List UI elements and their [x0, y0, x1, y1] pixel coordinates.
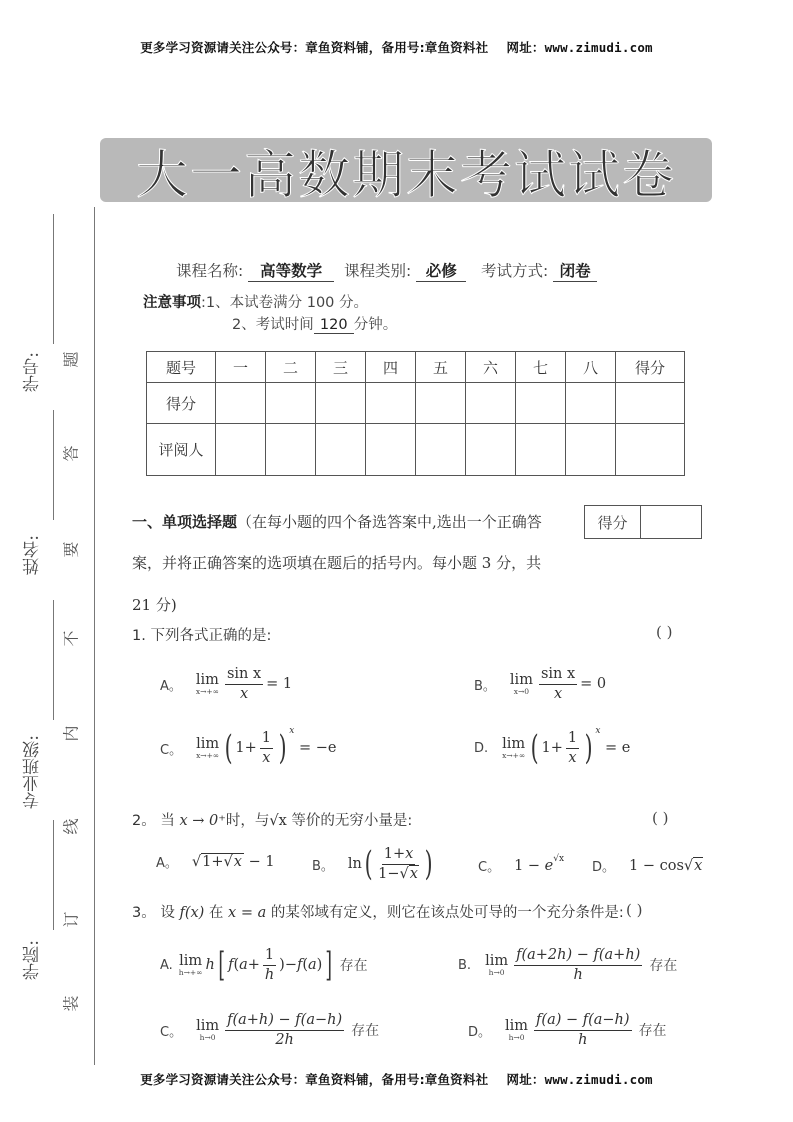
exam-title: 大一高数期末考试试卷: [136, 133, 676, 208]
field-line-name: [53, 410, 54, 520]
section-1-score-field[interactable]: [641, 506, 701, 538]
option-label: C。: [160, 739, 182, 758]
score-cell[interactable]: [566, 383, 616, 424]
banner-url-label: 网址：: [507, 40, 545, 55]
stem-math: x = a: [228, 905, 266, 921]
option-label: A。: [156, 852, 178, 871]
field-line-student-id: [53, 214, 54, 344]
section-1-line-1: 一、单项选择题（在每小题的四个备选答案中,选出一个正确答: [132, 511, 542, 532]
field-line-class: [53, 600, 54, 720]
q1-option-c[interactable]: C。 limx→+∞ (1+1x)x = −e: [160, 730, 336, 766]
q3-option-b[interactable]: B. limh→0 f(a+2h) − f(a+h)h 存在: [458, 947, 677, 983]
binding-line: [94, 207, 95, 1065]
fraction-numerator: sin x: [225, 666, 263, 685]
option-expression: √1+√x − 1: [192, 853, 275, 870]
banner-url: www.zimudi.com: [545, 40, 653, 55]
q3-option-c[interactable]: C。 limh→0 f(a+h) − f(a−h)2h 存在: [160, 1012, 379, 1048]
stem-text: 2。 当: [132, 813, 175, 829]
grader-cell[interactable]: [366, 424, 416, 476]
q2-option-a[interactable]: A。 √1+√x − 1: [156, 852, 275, 871]
option-label: C。: [478, 856, 500, 875]
notice-item-1: :1、本试卷满分 100 分。: [201, 295, 368, 311]
stem-text: 在: [209, 905, 224, 921]
seal-char: 题: [59, 351, 82, 367]
grader-row: 评阅人: [147, 424, 685, 476]
seal-char: 答: [59, 445, 82, 461]
grader-cell[interactable]: [516, 424, 566, 476]
exam-mode-value: 闭卷: [553, 259, 597, 282]
option-label: C。: [160, 1021, 182, 1040]
seal-char: 内: [59, 725, 82, 741]
score-table: 题号 一 二 三 四 五 六 七 八 得分 得分 评阅人: [146, 351, 685, 476]
rhs: = −e: [299, 740, 337, 756]
notice-line-2: 2、考试时间120分钟。: [232, 313, 397, 334]
top-banner: 更多学习资源请关注公众号：章鱼资料铺，备用号:章鱼资料社 网址：www.zimu…: [0, 38, 793, 56]
option-expression: 1 − e√x: [514, 858, 564, 874]
score-row: 得分: [147, 383, 685, 424]
fraction-numerator: f(a) − f(a−h): [534, 1012, 632, 1031]
row-label: 评阅人: [147, 424, 216, 476]
header-cell: 三: [316, 352, 366, 383]
banner-url-label: 网址：: [507, 1072, 545, 1087]
field-name: 姓名:: [20, 535, 45, 575]
q2-option-d[interactable]: D。 1 − cos√x: [592, 856, 703, 875]
q2-option-c[interactable]: C。 1 − e√x: [478, 856, 564, 875]
seal-char: 线: [59, 818, 82, 834]
option-expression: limh→+∞ h[f(a+1h)−f(a)] 存在: [179, 947, 368, 983]
lim-subscript: x→0: [514, 688, 529, 696]
q1-option-d[interactable]: D. limx→+∞ (1+1x)x = e: [474, 730, 630, 766]
grader-cell[interactable]: [266, 424, 316, 476]
stem-text: 时，与: [226, 813, 270, 829]
q1-option-a[interactable]: A。 limx→+∞ sin xx = 1: [160, 666, 292, 702]
option-expression: limx→+∞ (1+1x)x = −e: [196, 730, 336, 766]
rhs: = 1: [266, 676, 292, 692]
score-cell[interactable]: [266, 383, 316, 424]
stem-math: √x: [269, 813, 286, 829]
banner-text: 更多学习资源请关注公众号：章鱼资料铺，备用号:章鱼资料社: [140, 40, 488, 55]
header-cell: 五: [416, 352, 466, 383]
grader-cell[interactable]: [416, 424, 466, 476]
fraction-denominator: 2h: [275, 1031, 294, 1049]
score-cell[interactable]: [416, 383, 466, 424]
option-label: D。: [592, 856, 615, 875]
q3-option-a[interactable]: A. limh→+∞ h[f(a+1h)−f(a)] 存在: [160, 947, 368, 983]
question-2-stem: 2。 当 x → 0⁺时，与√x 等价的无穷小量是:: [132, 809, 412, 830]
seal-char: 不: [59, 630, 82, 646]
fraction-denominator: x: [554, 685, 562, 703]
option-expression: 1 − cos√x: [629, 857, 703, 874]
lim-subscript: h→0: [509, 1034, 525, 1042]
seal-char: 要: [59, 541, 82, 557]
section-1-title: 一、单项选择题: [132, 513, 237, 531]
exam-title-box: 大一高数期末考试试卷: [100, 138, 712, 202]
score-table-header: 题号 一 二 三 四 五 六 七 八 得分: [147, 352, 685, 383]
grader-cell[interactable]: [216, 424, 266, 476]
fraction-numerator: f(a+2h) − f(a+h): [514, 947, 642, 966]
exam-duration: 120: [314, 317, 354, 334]
option-label: B。: [312, 855, 334, 874]
lim-subscript: x→+∞: [196, 688, 219, 696]
section-1-desc-3: 21 分): [132, 594, 177, 615]
field-line-college: [53, 820, 54, 930]
fraction-numerator: sin x: [539, 666, 577, 685]
lim-subscript: h→+∞: [179, 969, 203, 977]
fraction-denominator: h: [574, 966, 583, 984]
rhs: = e: [605, 740, 630, 756]
option-label: B.: [458, 958, 471, 973]
notice-item-2-prefix: 2、考试时间: [232, 317, 314, 333]
option-tail: 存在: [351, 1020, 379, 1040]
course-name-value: 高等数学: [248, 259, 334, 282]
header-cell: 二: [266, 352, 316, 383]
notice-label: 注意事项: [143, 295, 201, 311]
header-cell: 六: [466, 352, 516, 383]
section-1-score-box: 得分: [584, 505, 702, 539]
section-1-score-label: 得分: [585, 506, 641, 538]
score-cell[interactable]: [216, 383, 266, 424]
field-college: 学院:: [20, 940, 45, 980]
notice-line-1: 注意事项:1、本试卷满分 100 分。: [143, 291, 368, 312]
header-cell: 一: [216, 352, 266, 383]
option-tail: 存在: [639, 1020, 667, 1040]
lim-subscript: h→0: [489, 969, 505, 977]
lim-subscript: x→+∞: [502, 752, 525, 760]
question-3-answer-bracket[interactable]: ( ): [626, 901, 642, 919]
question-2-answer-bracket[interactable]: ( ): [652, 809, 668, 827]
grader-cell[interactable]: [466, 424, 516, 476]
stem-math: x → 0⁺: [179, 813, 225, 829]
header-cell: 四: [366, 352, 416, 383]
score-cell[interactable]: [616, 383, 685, 424]
section-1-desc-2: 案，并将正确答案的选项填在题后的括号内。每小题 3 分，共: [132, 552, 541, 573]
field-student-id: 学号:: [20, 352, 45, 392]
lim-subscript: h→0: [200, 1034, 216, 1042]
grader-cell[interactable]: [616, 424, 685, 476]
field-major-class: 专业班级:: [20, 735, 45, 809]
option-expression: ln(1+x1−√x): [348, 846, 435, 882]
header-cell: 得分: [616, 352, 685, 383]
question-1-stem: 1. 下列各式正确的是:: [132, 624, 271, 645]
fraction-numerator: f(a+h) − f(a−h): [225, 1012, 344, 1031]
fraction-denominator: h: [578, 1031, 587, 1049]
stem-text: 等价的无穷小量是:: [291, 813, 412, 829]
option-label: D。: [468, 1021, 491, 1040]
course-name-label: 课程名称:: [176, 262, 243, 280]
exam-mode-label: 考试方式:: [481, 262, 548, 280]
option-label: B。: [474, 675, 496, 694]
lim-subscript: x→+∞: [196, 752, 219, 760]
option-label: D.: [474, 741, 488, 756]
header-cell: 八: [566, 352, 616, 383]
option-label: A。: [160, 675, 182, 694]
row-label: 得分: [147, 383, 216, 424]
seal-char: 装: [59, 995, 82, 1011]
banner-url: www.zimudi.com: [545, 1072, 653, 1087]
fraction-denominator: x: [240, 685, 248, 703]
course-info: 课程名称: 高等数学 课程类别: 必修 考试方式: 闭卷: [176, 259, 597, 282]
rhs: = 0: [580, 676, 606, 692]
header-cell: 七: [516, 352, 566, 383]
option-tail: 存在: [649, 955, 677, 975]
stem-math: f(x): [179, 905, 204, 921]
header-cell: 题号: [147, 352, 216, 383]
q1-option-b[interactable]: B。 limx→0 sin xx = 0: [474, 666, 606, 702]
option-expression: limx→+∞ (1+1x)x = e: [502, 730, 630, 766]
section-1-desc-1: （在每小题的四个备选答案中,选出一个正确答: [237, 513, 542, 531]
score-cell[interactable]: [466, 383, 516, 424]
option-tail: 存在: [340, 955, 368, 975]
score-cell[interactable]: [366, 383, 416, 424]
seal-char: 订: [59, 911, 82, 927]
grader-cell[interactable]: [316, 424, 366, 476]
banner-text: 更多学习资源请关注公众号：章鱼资料铺，备用号:章鱼资料社: [140, 1072, 488, 1087]
notice-item-2-suffix: 分钟。: [354, 317, 398, 333]
score-cell[interactable]: [516, 383, 566, 424]
q3-option-d[interactable]: D。 limh→0 f(a) − f(a−h)h 存在: [468, 1012, 667, 1048]
q2-option-b[interactable]: B。 ln(1+x1−√x): [312, 846, 435, 882]
grader-cell[interactable]: [566, 424, 616, 476]
score-cell[interactable]: [316, 383, 366, 424]
stem-text: 3。 设: [132, 905, 175, 921]
question-1-answer-bracket[interactable]: ( ): [656, 623, 672, 641]
course-type-value: 必修: [416, 259, 466, 282]
question-3-stem: 3。 设 f(x) 在 x = a 的某邻域有定义，则它在该点处可导的一个充分条…: [132, 901, 624, 922]
course-type-label: 课程类别:: [344, 262, 411, 280]
bottom-banner: 更多学习资源请关注公众号：章鱼资料铺，备用号:章鱼资料社 网址：www.zimu…: [0, 1070, 793, 1088]
option-label: A.: [160, 958, 173, 973]
stem-text: 的某邻域有定义，则它在该点处可导的一个充分条件是:: [271, 905, 624, 921]
